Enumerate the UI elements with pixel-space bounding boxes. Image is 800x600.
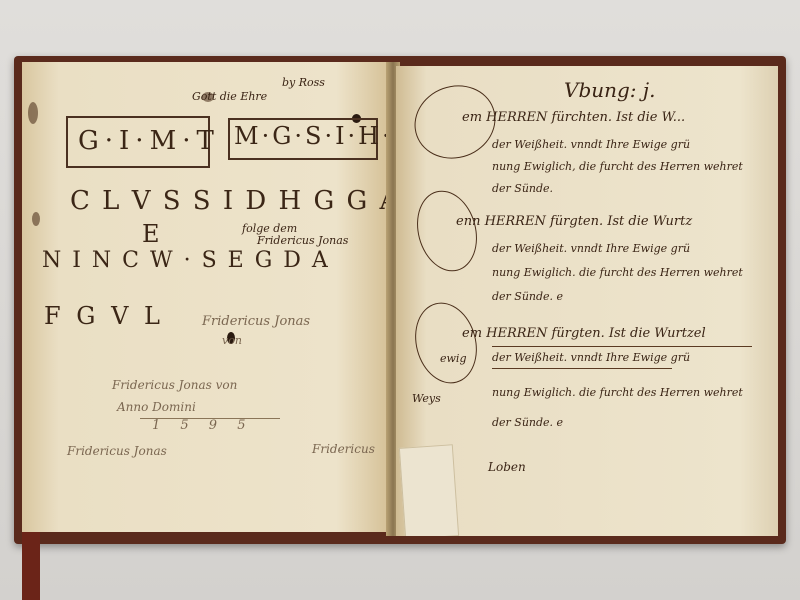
note-name-3: Fridericus Jonas von xyxy=(112,378,237,392)
boxed-letters-2: M·G·S·I·H· xyxy=(234,122,392,150)
heading: Vbung: j. xyxy=(564,78,655,102)
right-page: Vbung: j. em HERREN fürchten. Ist die W.… xyxy=(396,66,778,536)
left-page: by Ross Gott die Ehre G·I·M·T M·G·S·I·H·… xyxy=(22,62,392,532)
underline xyxy=(492,346,752,347)
section-2-line-1: enn HERREN fürgten. Ist die Wurtz xyxy=(456,214,692,229)
letter-row-4: F G V L xyxy=(44,302,164,330)
initial-flourish-2 xyxy=(408,184,485,278)
underline xyxy=(492,368,672,369)
note-name-5: Fridericus xyxy=(312,442,375,456)
section-3-line-4: der Sünde. e xyxy=(492,416,563,429)
note-anno: Anno Domini xyxy=(117,400,196,414)
note-top-right: by Ross xyxy=(282,76,325,89)
section-2-line-2: der Weißheit. vnndt Ihre Ewige grü xyxy=(492,242,690,255)
note-name-1: Fridericus Jonas xyxy=(257,234,348,247)
section-1-line-2: der Weißheit. vnndt Ihre Ewige grü xyxy=(492,138,690,151)
ink-stain xyxy=(32,212,40,226)
note-name-2: Fridericus Jonas xyxy=(202,314,310,329)
note-year: 1 5 9 5 xyxy=(152,418,253,433)
letter-row-1: C L V S S I D H G G A xyxy=(70,186,392,216)
ink-stain xyxy=(28,102,38,124)
letter-row-3: N I N C W · S E G D A xyxy=(42,248,330,273)
margin-note-weys: Weys xyxy=(412,392,441,405)
note-von: von xyxy=(222,334,242,347)
section-3-line-1: em HERREN fürgten. Ist die Wurtzel xyxy=(462,326,706,341)
note-name-4: Fridericus Jonas xyxy=(67,444,167,458)
boxed-letters-1: G·I·M·T xyxy=(78,126,220,156)
section-1-line-4: der Sünde. xyxy=(492,182,553,195)
section-2-line-3: nung Ewiglich. die furcht des Herren weh… xyxy=(492,266,743,279)
margin-note-ewig: ewig xyxy=(440,352,467,365)
signature: Loben xyxy=(488,460,526,474)
section-2-line-4: der Sünde. e xyxy=(492,290,563,303)
initial-flourish-3 xyxy=(406,296,485,391)
section-3-line-2: der Weißheit. vnndt Ihre Ewige grü xyxy=(492,351,690,364)
paper-slip xyxy=(399,444,459,536)
note-top: Gott die Ehre xyxy=(192,90,267,103)
section-1-line-1: em HERREN fürchten. Ist die W... xyxy=(462,110,685,125)
section-3-line-3: nung Ewiglich. die furcht des Herren weh… xyxy=(492,386,743,399)
letter-row-2: E xyxy=(142,220,166,248)
section-1-line-3: nung Ewiglich, die furcht des Herren weh… xyxy=(492,160,743,173)
